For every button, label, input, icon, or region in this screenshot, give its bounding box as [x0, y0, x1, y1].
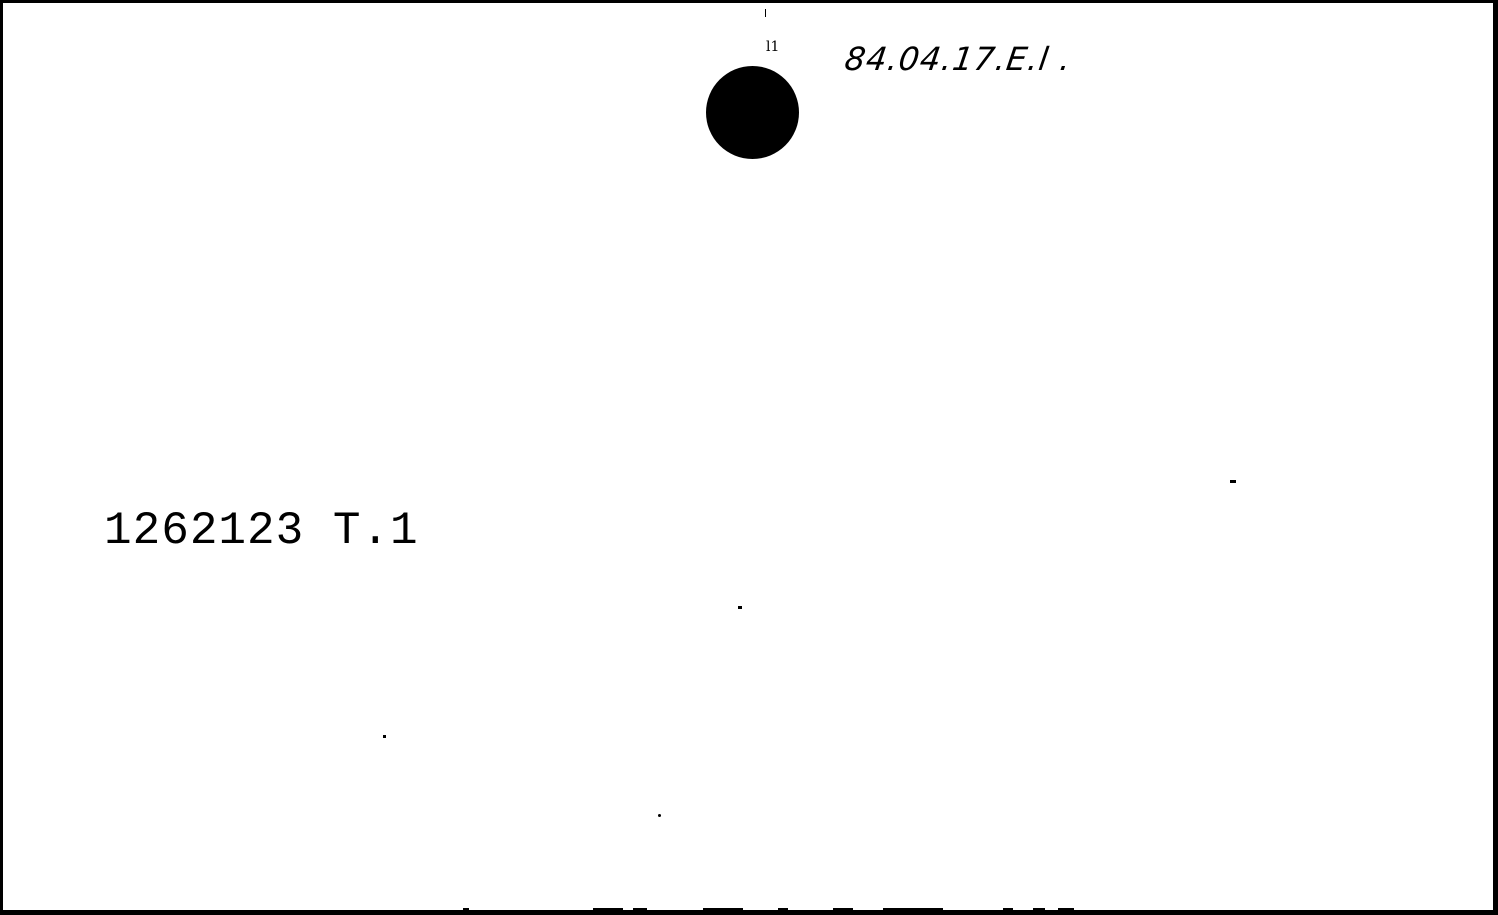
scan-speck: [658, 814, 661, 817]
scan-speck: [1230, 480, 1236, 483]
typed-identifier: 1262123 T.1: [104, 508, 419, 554]
hole-mark-text: l1: [766, 40, 779, 54]
handwritten-annotation: 84.04.17.E.l .: [843, 43, 1074, 75]
scan-speck: [383, 735, 386, 738]
index-card: l1 84.04.17.E.l . 1262123 T.1: [3, 3, 1493, 910]
punch-hole-icon: [706, 66, 799, 159]
scan-speck: [738, 606, 742, 609]
scan-mark: [765, 9, 766, 17]
scan-edge-noise: [3, 906, 1493, 910]
